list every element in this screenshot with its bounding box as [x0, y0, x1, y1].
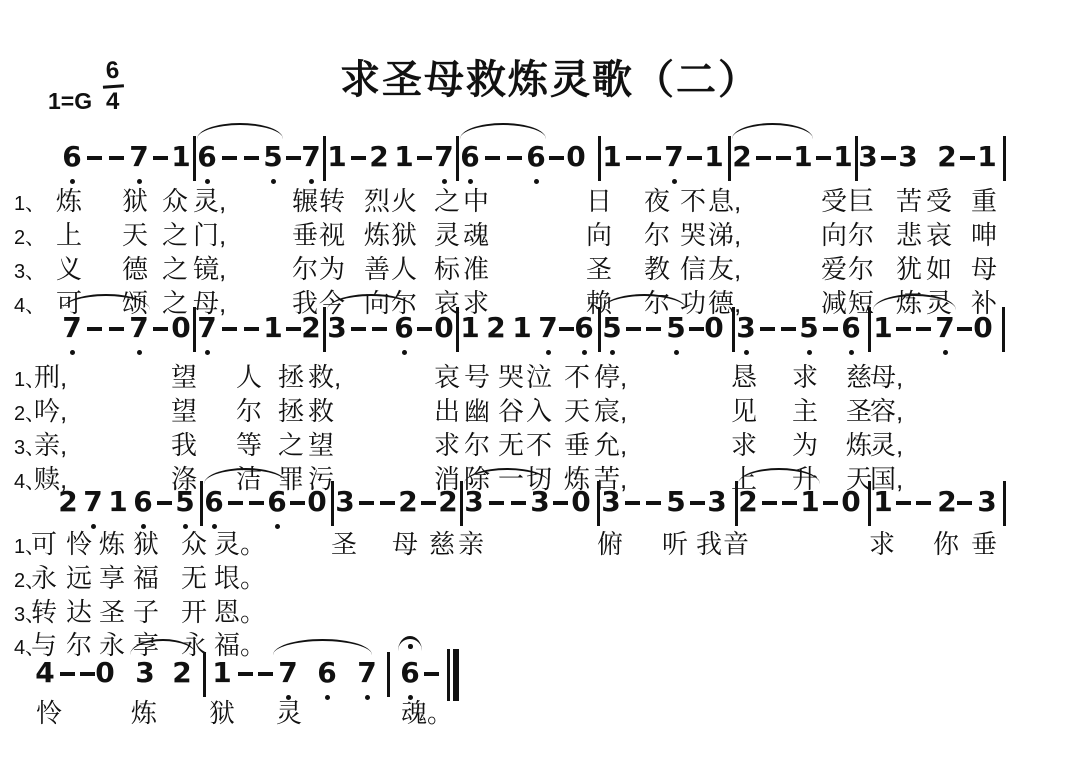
lyric-syllable: 刑, — [34, 362, 67, 392]
lyric-syllable: 望 — [308, 430, 334, 460]
lyric-syllable: 视 — [319, 220, 345, 250]
note: 6 — [263, 487, 291, 517]
note: 1 — [829, 142, 857, 172]
note: 1 — [259, 313, 287, 343]
barline — [598, 136, 601, 181]
lyric-syllable: 号 — [464, 362, 490, 392]
barline — [456, 307, 459, 352]
barline — [203, 652, 206, 697]
low-octave-dot — [402, 350, 407, 355]
lyric-syllable: 火 — [391, 186, 417, 216]
note: 6 — [200, 487, 228, 517]
duration-dash — [916, 501, 931, 505]
note: 1 — [456, 313, 484, 343]
lyric-syllable: 为 — [792, 430, 818, 460]
barline — [200, 481, 203, 526]
low-octave-dot — [849, 350, 854, 355]
duration-dash — [109, 156, 124, 160]
lyric-syllable: 魂 — [463, 220, 489, 250]
rest-note: 0 — [837, 487, 865, 517]
note: 6 — [837, 313, 865, 343]
barline — [868, 481, 871, 526]
note: 2 — [394, 487, 422, 517]
note: 7 — [274, 658, 302, 688]
lyric-syllable: 垂 — [564, 430, 590, 460]
note: 6 — [193, 142, 221, 172]
barline — [387, 652, 390, 697]
lyric-syllable: 受 — [926, 186, 952, 216]
lyric-syllable: 灵 — [434, 220, 460, 250]
lyric-syllable: 救, — [308, 362, 341, 392]
lyric-syllable: 我 — [696, 529, 722, 559]
lyric-syllable: 义 — [56, 254, 82, 284]
barline — [193, 307, 196, 352]
note: 6 — [396, 658, 424, 688]
note: 6 — [456, 142, 484, 172]
lyric-syllable: 犹 — [896, 254, 922, 284]
lyric-syllable: 为 — [319, 254, 345, 284]
fermata-icon-dot — [408, 644, 413, 649]
barline — [456, 136, 459, 181]
low-octave-dot — [137, 179, 142, 184]
slur-arc — [197, 123, 283, 139]
note: 7 — [125, 142, 153, 172]
lyric-syllable: 炼 — [99, 529, 125, 559]
time-signature-denominator: 4 — [102, 88, 123, 115]
lyric-syllable: 爱 — [821, 254, 847, 284]
lyric-syllable: 狱 — [209, 698, 235, 728]
note: 7 — [125, 313, 153, 343]
low-octave-dot — [365, 695, 370, 700]
lyric-syllable: 尔 — [848, 220, 874, 250]
note: 2 — [297, 313, 325, 343]
lyric-syllable: 之 — [278, 430, 304, 460]
barline — [323, 136, 326, 181]
lyric-syllable: 灵, — [870, 430, 903, 460]
slur-arc — [460, 123, 546, 139]
lyric-syllable: 魂。 — [401, 698, 453, 728]
lyric-syllable: 信 — [680, 254, 706, 284]
barline — [868, 307, 871, 352]
lyric-syllable: 上 — [56, 220, 82, 250]
duration-dash — [760, 327, 775, 331]
lyric-syllable: 哀 — [434, 362, 460, 392]
lyric-syllable: 恳 — [731, 362, 757, 392]
verse-number: 4、 — [14, 291, 45, 321]
lyric-syllable: 谷 — [498, 396, 524, 426]
lyric-syllable: 重 — [971, 186, 997, 216]
slur-arc — [204, 468, 287, 484]
duration-dash — [553, 501, 568, 505]
lyric-syllable: 停, — [594, 362, 627, 392]
note: 2 — [168, 658, 196, 688]
lyric-syllable: 容, — [870, 396, 903, 426]
lyric-syllable: 求 — [434, 430, 460, 460]
duration-dash — [60, 672, 75, 676]
lyric-syllable: 怜 — [66, 529, 92, 559]
note: 6 — [58, 142, 86, 172]
note: 6 — [522, 142, 550, 172]
low-octave-dot — [582, 350, 587, 355]
note: 7 — [79, 487, 107, 517]
rest-note: 0 — [167, 313, 195, 343]
rest-note: 0 — [430, 313, 458, 343]
lyric-syllable: 母 — [971, 254, 997, 284]
lyric-syllable: 哀 — [926, 220, 952, 250]
lyric-syllable: 听 — [662, 529, 688, 559]
lyric-syllable: 准 — [463, 254, 489, 284]
duration-dash — [222, 327, 237, 331]
lyric-syllable: 哭 — [498, 362, 524, 392]
duration-dash — [756, 156, 771, 160]
low-octave-dot — [325, 695, 330, 700]
time-signature-numerator: 6 — [101, 57, 124, 88]
note: 7 — [353, 658, 381, 688]
lyric-syllable: 无 — [498, 430, 524, 460]
lyric-syllable: 标 — [434, 254, 460, 284]
lyric-syllable: 之 — [162, 220, 188, 250]
duration-dash — [380, 501, 395, 505]
low-octave-dot — [468, 179, 473, 184]
lyric-syllable: 狱 — [122, 186, 148, 216]
lyric-syllable: 不 — [564, 362, 590, 392]
lyric-syllable: 友, — [708, 254, 741, 284]
lyric-syllable: 母 — [392, 529, 418, 559]
note: 5 — [598, 313, 626, 343]
low-octave-dot — [442, 179, 447, 184]
sheet-music-page: 求圣母救炼灵歌（二） 1=G 6 4 671657121766017121133… — [0, 0, 1072, 760]
lyric-syllable: 慈 — [429, 529, 455, 559]
barline — [597, 481, 600, 526]
duration-dash — [244, 156, 259, 160]
key-signature: 1=G — [48, 88, 92, 115]
note: 1 — [973, 142, 1001, 172]
note: 3 — [526, 487, 554, 517]
lyric-syllable: 等 — [236, 430, 262, 460]
lyric-syllable: 圣 — [586, 254, 612, 284]
lyric-syllable: 拯 — [278, 396, 304, 426]
note: 3 — [973, 487, 1001, 517]
lyric-syllable: 求 — [869, 529, 895, 559]
time-signature: 6 4 — [102, 58, 123, 115]
low-octave-dot — [309, 179, 314, 184]
note: 6 — [570, 313, 598, 343]
note: 5 — [662, 487, 690, 517]
lyric-syllable: 教 — [644, 254, 670, 284]
lyric-syllable: 众 — [181, 529, 207, 559]
duration-dash — [625, 501, 640, 505]
duration-dash — [896, 327, 911, 331]
barline — [193, 136, 196, 181]
duration-dash — [896, 501, 911, 505]
note: 3 — [331, 487, 359, 517]
note: 1 — [390, 142, 418, 172]
lyric-syllable: 远 — [66, 563, 92, 593]
lyric-syllable: 狱 — [391, 220, 417, 250]
note: 2 — [933, 142, 961, 172]
lyric-syllable: 圣 — [99, 597, 125, 627]
lyric-syllable: 亲 — [458, 529, 484, 559]
slur-arc — [273, 639, 372, 655]
low-octave-dot — [672, 179, 677, 184]
lyric-syllable: 息, — [708, 186, 741, 216]
note: 2 — [734, 487, 762, 517]
lyric-syllable: 不 — [526, 430, 552, 460]
note: 2 — [728, 142, 756, 172]
lyric-syllable: 德 — [122, 254, 148, 284]
note: 1 — [104, 487, 132, 517]
lyric-syllable: 不 — [680, 186, 706, 216]
duration-dash — [646, 156, 661, 160]
slur-arc — [732, 123, 813, 139]
final-barline-thin — [447, 649, 450, 701]
lyric-syllable: 镜, — [193, 254, 226, 284]
lyric-syllable: 垂 — [292, 220, 318, 250]
low-octave-dot — [744, 350, 749, 355]
lyric-syllable: 圣 — [331, 529, 357, 559]
lyric-syllable: 夜 — [644, 186, 670, 216]
note: 6 — [390, 313, 418, 343]
note: 3 — [703, 487, 731, 517]
lyric-syllable: 尔 — [292, 254, 318, 284]
duration-dash — [351, 156, 366, 160]
low-octave-dot — [546, 350, 551, 355]
barline — [331, 481, 334, 526]
duration-dash — [249, 501, 264, 505]
note: 7 — [58, 313, 86, 343]
lyric-syllable: 求 — [792, 362, 818, 392]
lyric-syllable: 尔 — [644, 220, 670, 250]
lyric-syllable: 炼 — [131, 698, 157, 728]
duration-dash — [511, 501, 526, 505]
duration-dash — [646, 327, 661, 331]
lyric-syllable: 炼 — [846, 430, 872, 460]
lyric-syllable: 见 — [731, 396, 757, 426]
low-octave-dot — [807, 350, 812, 355]
duration-dash — [507, 156, 522, 160]
lyric-syllable: 出 — [434, 396, 460, 426]
lyric-syllable: 永 — [31, 563, 57, 593]
lyric-syllable: 你 — [933, 529, 959, 559]
lyric-syllable: 向 — [586, 220, 612, 250]
rest-note: 0 — [567, 487, 595, 517]
lyric-syllable: 拯 — [278, 362, 304, 392]
lyric-syllable: 天 — [122, 220, 148, 250]
barline — [855, 136, 858, 181]
note: 3 — [131, 658, 159, 688]
note: 3 — [732, 313, 760, 343]
note: 6 — [313, 658, 341, 688]
low-octave-dot — [70, 350, 75, 355]
verse-number: 3、 — [14, 257, 45, 287]
lyric-syllable: 垠。 — [214, 563, 266, 593]
lyric-syllable: 福 — [133, 563, 159, 593]
low-octave-dot — [205, 350, 210, 355]
duration-dash — [87, 327, 102, 331]
song-title: 求圣母救炼灵歌（二） — [340, 48, 760, 105]
note: 7 — [931, 313, 959, 343]
duration-dash — [646, 501, 661, 505]
rest-note: 0 — [700, 313, 728, 343]
low-octave-dot — [205, 179, 210, 184]
barline — [1003, 136, 1006, 181]
low-octave-dot — [271, 179, 276, 184]
note: 4 — [31, 658, 59, 688]
duration-dash — [485, 156, 500, 160]
rest-note: 0 — [303, 487, 331, 517]
lyric-syllable: 恩。 — [214, 597, 266, 627]
lyric-syllable: 巨 — [848, 186, 874, 216]
lyric-syllable: 受 — [821, 186, 847, 216]
lyric-syllable: 尔 — [464, 430, 490, 460]
note: 1 — [869, 487, 897, 517]
verse-number: 2、 — [14, 223, 45, 253]
verse-number: 1、 — [14, 189, 45, 219]
lyric-syllable: 母, — [870, 362, 903, 392]
lyric-syllable: 慈 — [846, 362, 872, 392]
rest-note: 0 — [969, 313, 997, 343]
note: 2 — [482, 313, 510, 343]
duration-dash — [238, 672, 253, 676]
duration-dash — [762, 501, 777, 505]
duration-dash — [87, 156, 102, 160]
duration-dash — [916, 327, 931, 331]
lyric-syllable: 无 — [181, 563, 207, 593]
final-barline-thick — [453, 649, 459, 701]
lyric-syllable: 之 — [162, 254, 188, 284]
note: 2 — [434, 487, 462, 517]
duration-dash — [823, 501, 838, 505]
lyric-syllable: 炼 — [56, 186, 82, 216]
lyric-syllable: 众 — [162, 186, 188, 216]
note: 1 — [789, 142, 817, 172]
lyric-syllable: 求 — [731, 430, 757, 460]
note: 7 — [430, 142, 458, 172]
lyric-syllable: 允, — [594, 430, 627, 460]
note: 1 — [208, 658, 236, 688]
duration-dash — [153, 327, 168, 331]
rest-note: 0 — [562, 142, 590, 172]
lyric-syllable: 如 — [926, 254, 952, 284]
duration-dash — [489, 501, 504, 505]
note: 2 — [54, 487, 82, 517]
duration-dash — [153, 156, 168, 160]
lyric-syllable: 涕, — [708, 220, 741, 250]
low-octave-dot — [137, 350, 142, 355]
lyric-syllable: 狱 — [133, 529, 159, 559]
lyric-syllable: 尔 — [848, 254, 874, 284]
lyric-syllable: 泣 — [526, 362, 552, 392]
lyric-syllable: 中 — [463, 186, 489, 216]
barline — [460, 481, 463, 526]
lyric-syllable: 望 — [171, 362, 197, 392]
lyric-syllable: 享 — [99, 563, 125, 593]
note: 5 — [259, 142, 287, 172]
duration-dash — [626, 327, 641, 331]
lyric-syllable: 门, — [193, 220, 226, 250]
lyric-syllable: 哭 — [680, 220, 706, 250]
duration-dash — [626, 156, 641, 160]
lyric-syllable: 入 — [526, 396, 552, 426]
lyric-syllable: 救 — [308, 396, 334, 426]
barline — [732, 307, 735, 352]
lyric-syllable: 呻 — [971, 220, 997, 250]
duration-dash — [424, 672, 439, 676]
lyric-syllable: 之 — [434, 186, 460, 216]
rest-note: 0 — [91, 658, 119, 688]
note: 7 — [193, 313, 221, 343]
lyric-syllable: 人 — [236, 362, 262, 392]
lyric-syllable: 天 — [564, 396, 590, 426]
note: 2 — [365, 142, 393, 172]
lyric-syllable: 转 — [31, 597, 57, 627]
low-octave-dot — [943, 350, 948, 355]
lyric-syllable: 转 — [319, 186, 345, 216]
barline — [1002, 307, 1005, 352]
note: 7 — [660, 142, 688, 172]
lyric-syllable: 向 — [821, 220, 847, 250]
duration-dash — [823, 327, 838, 331]
duration-dash — [222, 156, 237, 160]
lyric-syllable: 烈 — [364, 186, 390, 216]
note: 1 — [323, 142, 351, 172]
lyric-syllable: 日 — [586, 186, 612, 216]
lyric-syllable: 辗 — [292, 186, 318, 216]
note: 1 — [700, 142, 728, 172]
lyric-syllable: 宸, — [594, 396, 627, 426]
lyric-syllable: 炼 — [364, 220, 390, 250]
low-octave-dot — [275, 524, 280, 529]
duration-dash — [109, 327, 124, 331]
lyric-syllable: 幽 — [464, 396, 490, 426]
lyric-syllable: 尔 — [66, 630, 92, 660]
barline — [1003, 481, 1006, 526]
lyric-syllable: 灵 — [276, 698, 302, 728]
lyric-syllable: 亲, — [34, 430, 67, 460]
duration-dash — [157, 501, 172, 505]
note: 1 — [598, 142, 626, 172]
lyric-syllable: 灵, — [193, 186, 226, 216]
note: 3 — [854, 142, 882, 172]
duration-dash — [957, 501, 972, 505]
note: 1 — [796, 487, 824, 517]
lyric-syllable: 怜 — [36, 698, 62, 728]
barline — [735, 481, 738, 526]
lyric-syllable: 音 — [723, 529, 749, 559]
note: 3 — [460, 487, 488, 517]
barline — [323, 307, 326, 352]
lyric-syllable: 人 — [391, 254, 417, 284]
duration-dash — [228, 501, 243, 505]
low-octave-dot — [674, 350, 679, 355]
barline — [598, 307, 601, 352]
duration-dash — [359, 501, 374, 505]
lyric-syllable: 悲 — [896, 220, 922, 250]
lyric-syllable: 达 — [66, 597, 92, 627]
lyric-syllable: 尔 — [236, 396, 262, 426]
duration-dash — [781, 327, 796, 331]
lyric-syllable: 垂 — [971, 529, 997, 559]
note: 3 — [597, 487, 625, 517]
lyric-syllable: 可 — [31, 529, 57, 559]
note: 5 — [171, 487, 199, 517]
lyric-syllable: 苦 — [896, 186, 922, 216]
duration-dash — [782, 501, 797, 505]
note: 6 — [129, 487, 157, 517]
lyric-syllable: 开 — [181, 597, 207, 627]
note: 7 — [297, 142, 325, 172]
lyric-syllable: 主 — [792, 396, 818, 426]
